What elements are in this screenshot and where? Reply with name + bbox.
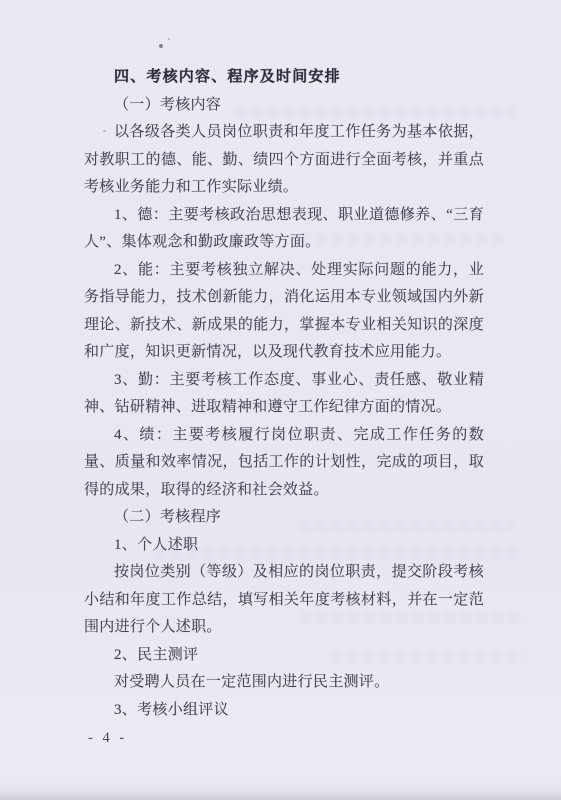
- document-body: 四、考核内容、程序及时间安排（一）考核内容以各级各类人员岗位职责和年度工作任务为…: [84, 64, 484, 724]
- subsection-heading: （二）考核程序: [84, 504, 484, 532]
- scan-speck: [168, 38, 170, 40]
- body-paragraph: 按岗位类别（等级）及相应的岗位职责，提交阶段考核小结和年度工作总结，填写相关年度…: [84, 559, 484, 642]
- scan-speck: [159, 44, 163, 48]
- body-paragraph: 2、能：主要考核独立解决、处理实际问题的能力，业务指导能力，技术创新能力，消化运…: [84, 257, 484, 367]
- list-item-heading: 3、考核小组评议: [84, 697, 484, 725]
- body-paragraph: 4、绩：主要考核履行岗位职责、完成工作任务的数量、质量和效率情况，包括工作的计划…: [84, 422, 484, 505]
- body-paragraph: 3、勤：主要考核工作态度、事业心、责任感、敬业精神、钻研精神、进取精神和遵守工作…: [84, 367, 484, 422]
- scanned-document-page: 四、考核内容、程序及时间安排（一）考核内容以各级各类人员岗位职责和年度工作任务为…: [0, 0, 561, 800]
- list-item-heading: 1、个人述职: [84, 532, 484, 560]
- page-number: - 4 -: [88, 727, 127, 749]
- list-item-heading: 2、民主测评: [84, 642, 484, 670]
- body-paragraph: 以各级各类人员岗位职责和年度工作任务为基本依据，对教职工的德、能、勤、绩四个方面…: [84, 119, 484, 202]
- body-paragraph: 对受聘人员在一定范围内进行民主测评。: [84, 669, 484, 697]
- section-heading: 四、考核内容、程序及时间安排: [84, 64, 484, 92]
- scan-edge-shadow: [0, 791, 561, 800]
- subsection-heading: （一）考核内容: [84, 92, 484, 120]
- body-paragraph: 1、德：主要考核政治思想表现、职业道德修养、“三育人”、集体观念和勤政廉政等方面…: [84, 202, 484, 257]
